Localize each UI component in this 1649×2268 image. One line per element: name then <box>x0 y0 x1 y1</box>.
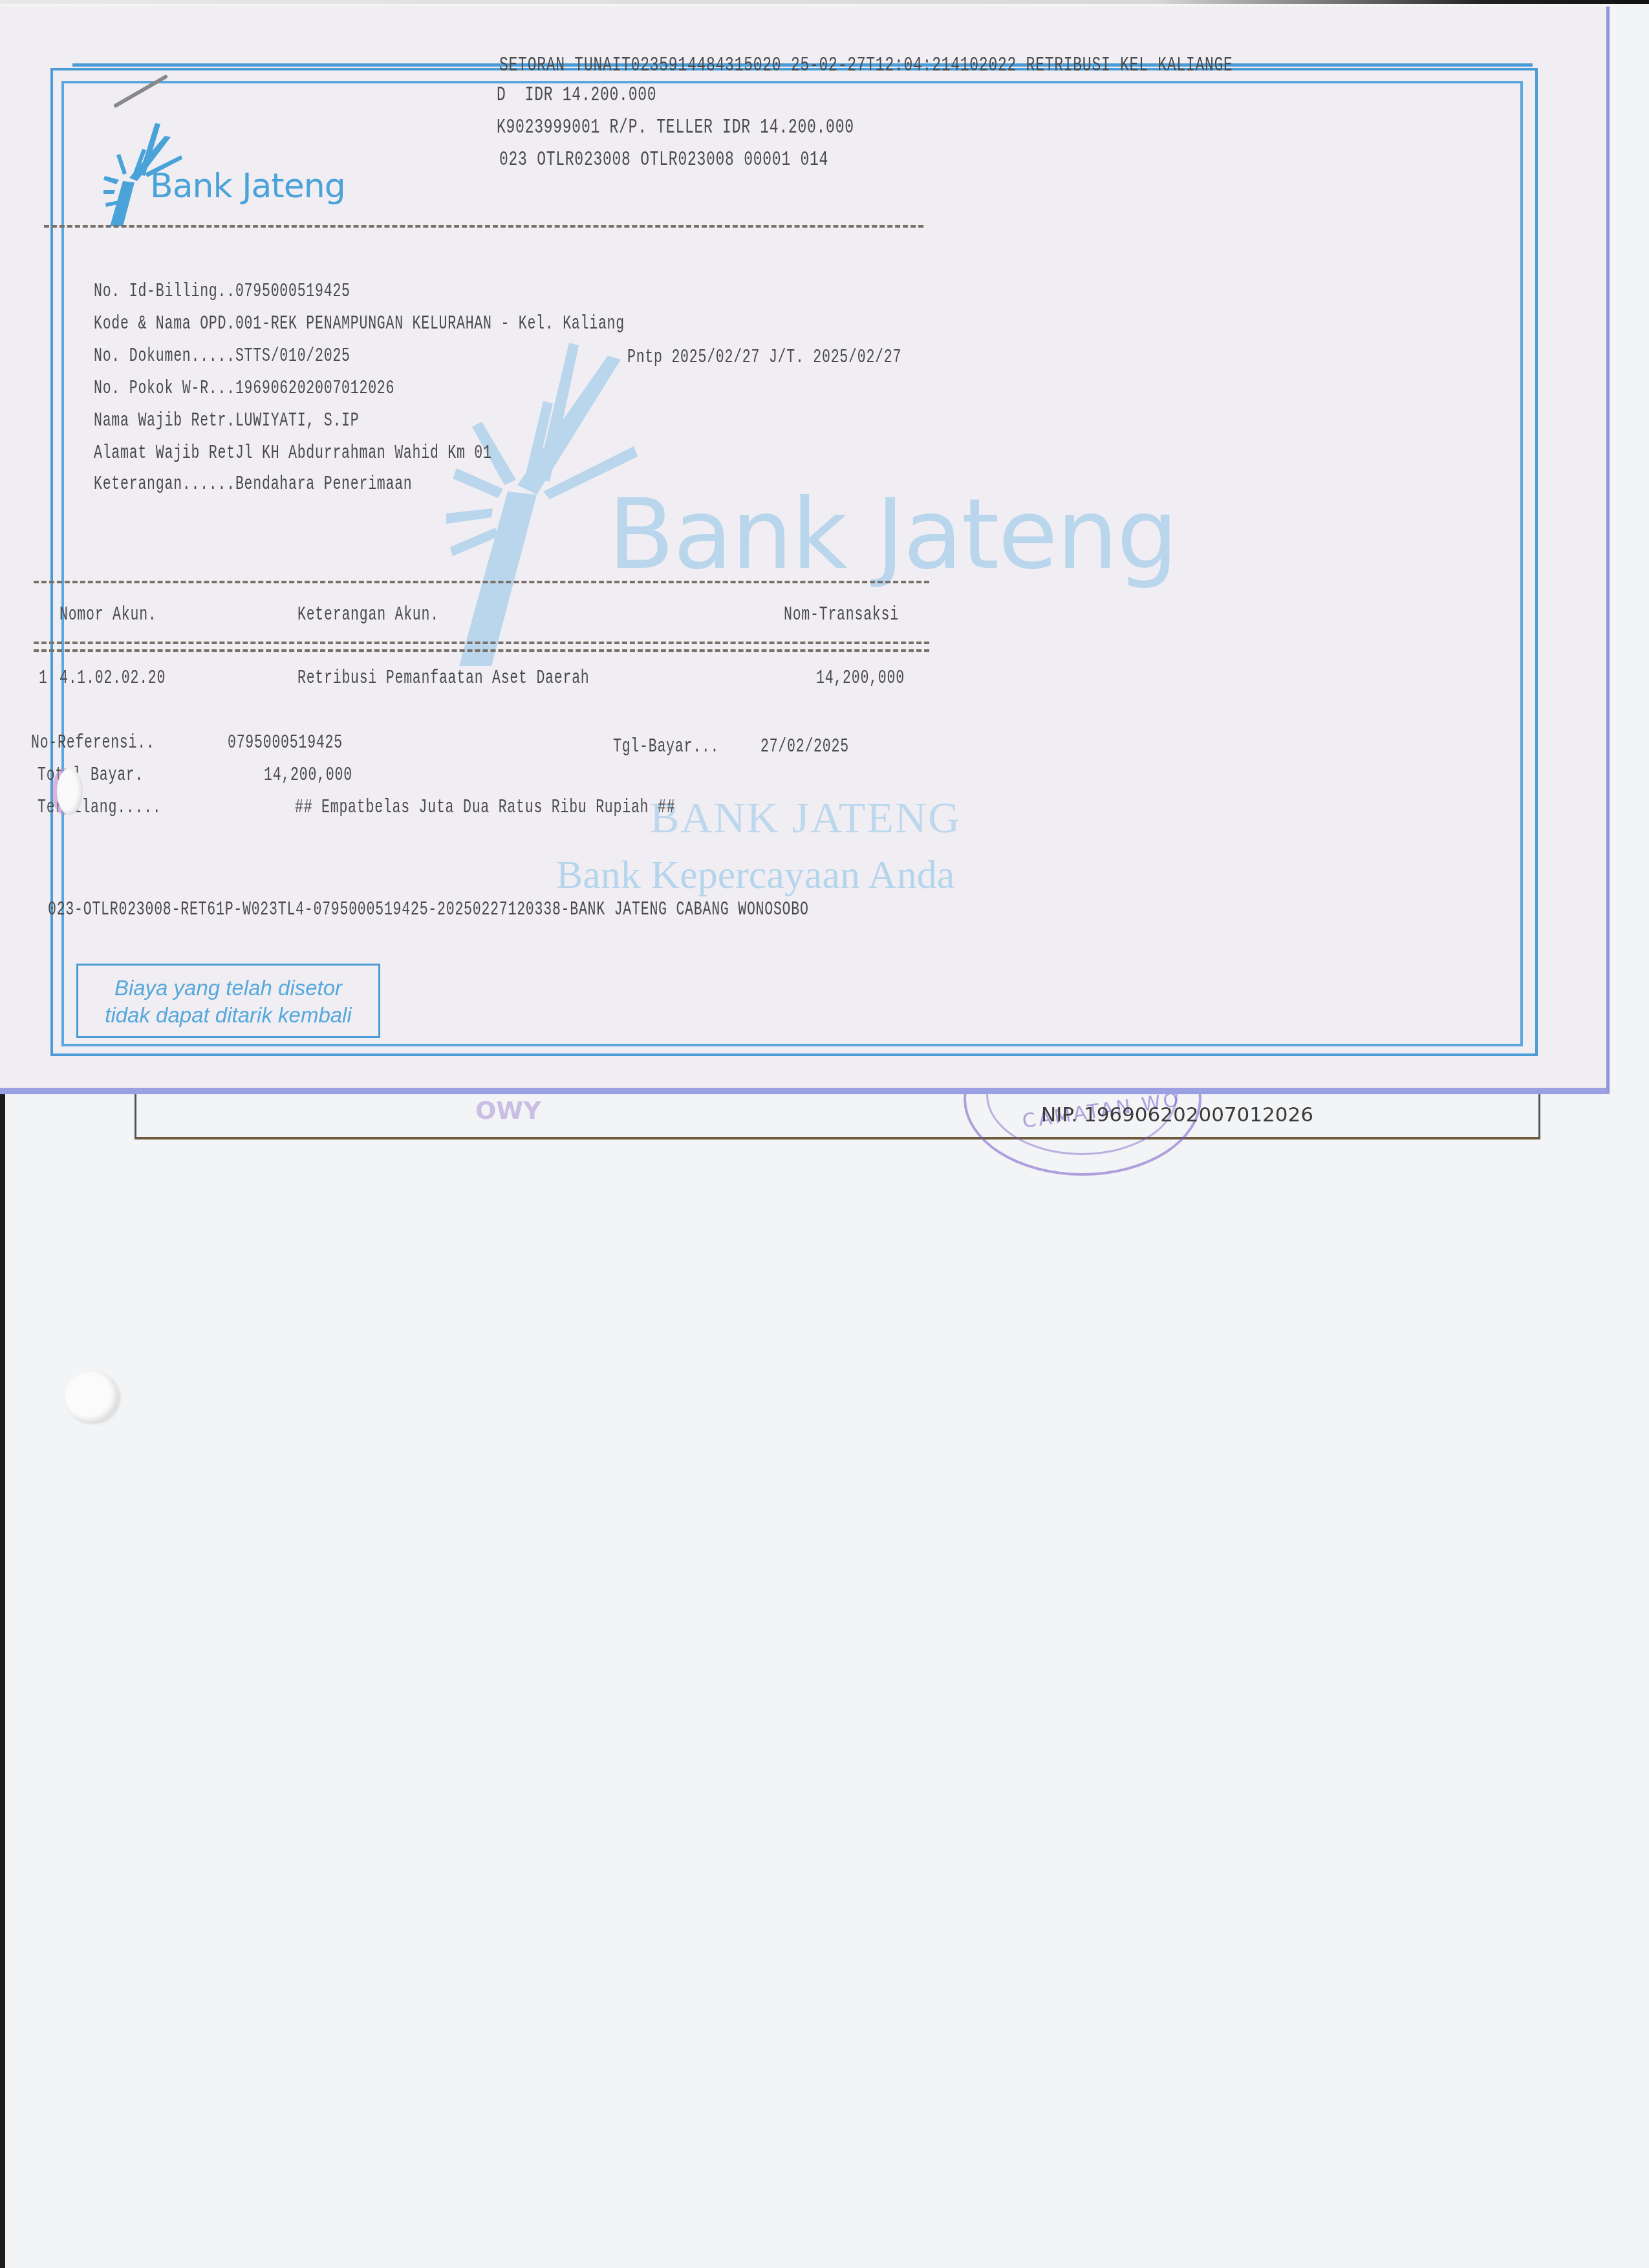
notice-line-1: Biaya yang telah disetor <box>78 975 378 1002</box>
transaction-trace: 023-OTLR023008-RET61P-W023TL4-0795000519… <box>48 899 809 921</box>
watermark-tagline: Bank Kepercayaan Anda <box>556 852 954 898</box>
bank-logo-text: Bank Jateng <box>150 167 345 206</box>
header-line-3: K9023999001 R/P. TELLER IDR 14.200.000 <box>497 115 854 139</box>
row-account: 4.1.02.02.20 <box>59 667 166 689</box>
detail-row: No. Pokok W-R...196906202007012026 <box>94 378 394 400</box>
separator-1 <box>44 225 923 228</box>
header-line-4: 023 OTLR023008 OTLR023008 00001 014 <box>499 147 828 171</box>
amount-in-words: ## Empatbelas Juta Dua Ratus Ribu Rupiah… <box>295 797 675 819</box>
receipt-punch-hole <box>57 768 83 815</box>
detail-row: No. Id-Billing..0795000519425 <box>94 281 350 303</box>
watermark-brand: Bank Jateng <box>608 479 1177 591</box>
faded-signature-text: OWY <box>475 1096 541 1125</box>
header-line-2: D IDR 14.200.000 <box>497 83 656 107</box>
col-header-description: Keterangan Akun. <box>297 604 439 626</box>
row-number: 1 <box>39 667 48 689</box>
table-top-rule <box>34 581 929 583</box>
reference-label: No-Referensi.. <box>31 732 155 754</box>
bank-logo: Bank Jateng <box>103 110 194 230</box>
punch-hole <box>65 1371 119 1423</box>
validity-dates: Pntp 2025/02/27 J/T. 2025/02/27 <box>627 347 901 369</box>
col-header-account: Nomor Akun. <box>59 604 157 626</box>
scan-edge-left <box>0 1086 5 2268</box>
detail-row: Keterangan......Bendahara Penerimaan <box>94 473 413 495</box>
watermark-caps: BANK JATENG <box>650 792 961 843</box>
header-line-1: SETORAN TUNAIT0235914484315020 25-02-27T… <box>499 53 1233 77</box>
notice-line-2: tidak dapat ditarik kembali <box>78 1002 378 1029</box>
non-refundable-notice: Biaya yang telah disetor tidak dapat dit… <box>76 964 380 1038</box>
col-header-amount: Nom-Transaksi <box>784 604 899 626</box>
payment-date-label: Tgl-Bayar... <box>613 736 719 758</box>
reference-value: 0795000519425 <box>228 732 343 754</box>
payment-date-value: 27/02/2025 <box>760 736 849 758</box>
total-label: Total Bayar. <box>38 764 144 786</box>
detail-row: No. Dokumen.....STTS/010/2025 <box>94 345 350 367</box>
bank-receipt: Bank Jateng Bank Jateng BANK JATENG Bank… <box>0 6 1610 1094</box>
scan-edge-top <box>0 0 1649 4</box>
row-description: Retribusi Pemanfaatan Aset Daerah <box>297 667 590 689</box>
detail-row: Kode & Nama OPD.001-REK PENAMPUNGAN KELU… <box>94 313 625 335</box>
detail-row: Nama Wajib Retr.LUWIYATI, S.IP <box>94 410 359 432</box>
amount-in-words-label: Terbilang..... <box>38 797 162 819</box>
nip-number: NIP. 196906202007012026 <box>1041 1103 1313 1127</box>
watermark-logo: Bank Jateng <box>446 330 640 669</box>
table-header-rule-1 <box>34 642 929 644</box>
detail-row: Alamat Wajib RetJl KH Abdurrahman Wahid … <box>94 442 492 464</box>
total-value: 14,200,000 <box>264 764 352 786</box>
row-amount: 14,200,000 <box>816 667 905 689</box>
table-header-rule-2 <box>34 649 929 652</box>
